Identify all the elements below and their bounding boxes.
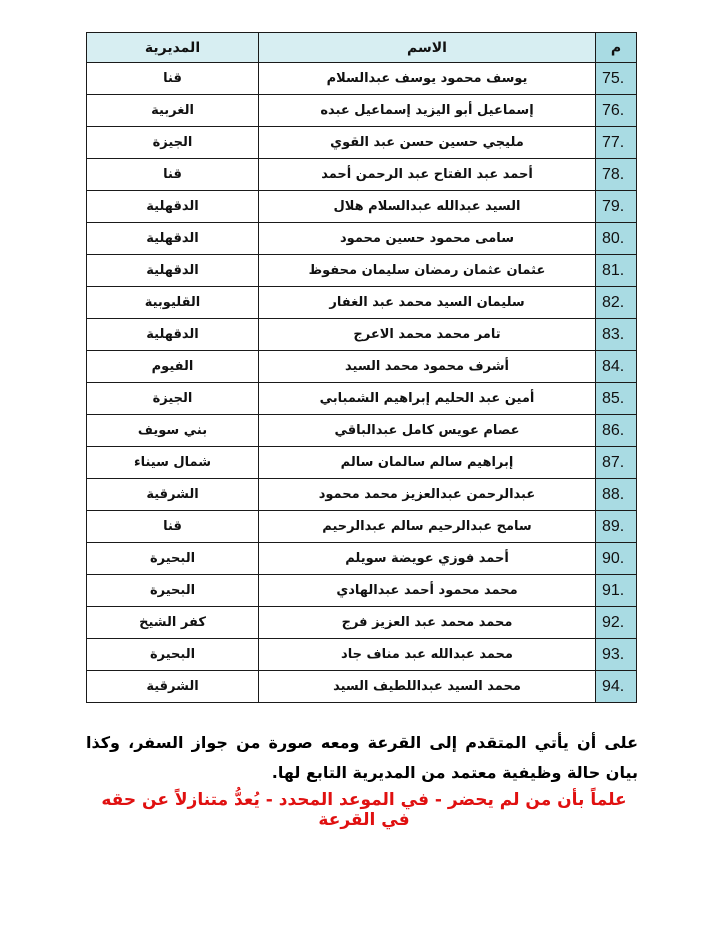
row-directorate: بني سويف (87, 415, 259, 447)
table-row: 78.أحمد عبد الفتاح عبد الرحمن أحمدقنا (87, 159, 637, 191)
row-directorate: الفيوم (87, 351, 259, 383)
row-name: عبدالرحمن عبدالعزيز محمد محمود (259, 479, 596, 511)
row-number: 77. (596, 127, 637, 159)
table-row: 80.سامى محمود حسين محمودالدقهلية (87, 223, 637, 255)
table-row: 77.مليجي حسين حسن عبد القويالجيزة (87, 127, 637, 159)
row-name: أشرف محمود محمد السيد (259, 351, 596, 383)
row-directorate: البحيرة (87, 543, 259, 575)
row-name: أحمد فوزي عويضة سويلم (259, 543, 596, 575)
table-row: 93.محمد عبدالله عبد مناف جادالبحيرة (87, 639, 637, 671)
row-directorate: الجيزة (87, 383, 259, 415)
row-directorate: قنا (87, 511, 259, 543)
row-name: سليمان السيد محمد عبد الغفار (259, 287, 596, 319)
row-name: إبراهيم سالم سالمان سالم (259, 447, 596, 479)
row-directorate: البحيرة (87, 575, 259, 607)
row-number: 91. (596, 575, 637, 607)
row-directorate: الشرقية (87, 671, 259, 703)
table-row: 86.عصام عويس كامل عبدالباقيبني سويف (87, 415, 637, 447)
row-name: محمد محمود أحمد عبدالهادي (259, 575, 596, 607)
table-row: 89.سامح عبدالرحيم سالم عبدالرحيمقنا (87, 511, 637, 543)
row-number: 87. (596, 447, 637, 479)
row-number: 81. (596, 255, 637, 287)
table-row: 76.إسماعيل أبو اليزيد إسماعيل عبدهالغربي… (87, 95, 637, 127)
row-number: 93. (596, 639, 637, 671)
row-name: يوسف محمود يوسف عبدالسلام (259, 63, 596, 95)
table-row: 94.محمد السيد عبداللطيف السيدالشرقية (87, 671, 637, 703)
table-header-row: م الاسم المديرية (87, 33, 637, 63)
row-number: 75. (596, 63, 637, 95)
row-number: 86. (596, 415, 637, 447)
warning-note: علماً بأن من لم يحضر - في الموعد المحدد … (90, 790, 638, 830)
table-row: 90.أحمد فوزي عويضة سويلمالبحيرة (87, 543, 637, 575)
row-name: إسماعيل أبو اليزيد إسماعيل عبده (259, 95, 596, 127)
table-row: 83.تامر محمد محمد الاعرجالدقهلية (87, 319, 637, 351)
row-name: محمد عبدالله عبد مناف جاد (259, 639, 596, 671)
row-directorate: القليوبية (87, 287, 259, 319)
table-row: 84.أشرف محمود محمد السيدالفيوم (87, 351, 637, 383)
row-number: 79. (596, 191, 637, 223)
row-number: 83. (596, 319, 637, 351)
row-number: 82. (596, 287, 637, 319)
candidates-table: م الاسم المديرية 75.يوسف محمود يوسف عبدا… (86, 32, 637, 703)
table-row: 81.عثمان عثمان رمضان سليمان محفوظالدقهلي… (87, 255, 637, 287)
row-name: أحمد عبد الفتاح عبد الرحمن أحمد (259, 159, 596, 191)
row-directorate: قنا (87, 159, 259, 191)
instruction-note: على أن يأتي المتقدم إلى القرعة ومعه صورة… (86, 728, 638, 788)
header-name: الاسم (259, 33, 596, 63)
row-number: 80. (596, 223, 637, 255)
row-directorate: الجيزة (87, 127, 259, 159)
row-name: السيد عبدالله عبدالسلام هلال (259, 191, 596, 223)
table-body: 75.يوسف محمود يوسف عبدالسلامقنا76.إسماعي… (87, 63, 637, 703)
row-name: عثمان عثمان رمضان سليمان محفوظ (259, 255, 596, 287)
table-row: 87.إبراهيم سالم سالمان سالمشمال سيناء (87, 447, 637, 479)
row-directorate: الشرقية (87, 479, 259, 511)
row-name: محمد محمد عبد العزيز فرج (259, 607, 596, 639)
table-row: 75.يوسف محمود يوسف عبدالسلامقنا (87, 63, 637, 95)
row-name: محمد السيد عبداللطيف السيد (259, 671, 596, 703)
row-directorate: الدقهلية (87, 223, 259, 255)
row-directorate: شمال سيناء (87, 447, 259, 479)
row-directorate: الدقهلية (87, 255, 259, 287)
row-directorate: الدقهلية (87, 191, 259, 223)
table-row: 82.سليمان السيد محمد عبد الغفارالقليوبية (87, 287, 637, 319)
row-number: 85. (596, 383, 637, 415)
row-directorate: قنا (87, 63, 259, 95)
header-directorate: المديرية (87, 33, 259, 63)
row-number: 92. (596, 607, 637, 639)
row-name: مليجي حسين حسن عبد القوي (259, 127, 596, 159)
row-number: 84. (596, 351, 637, 383)
row-number: 89. (596, 511, 637, 543)
row-name: سامى محمود حسين محمود (259, 223, 596, 255)
row-directorate: الدقهلية (87, 319, 259, 351)
row-name: سامح عبدالرحيم سالم عبدالرحيم (259, 511, 596, 543)
table-row: 79.السيد عبدالله عبدالسلام هلالالدقهلية (87, 191, 637, 223)
row-directorate: كفر الشيخ (87, 607, 259, 639)
row-name: تامر محمد محمد الاعرج (259, 319, 596, 351)
table-row: 85.أمين عبد الحليم إبراهيم الشمبابيالجيز… (87, 383, 637, 415)
row-name: أمين عبد الحليم إبراهيم الشمبابي (259, 383, 596, 415)
row-directorate: الغربية (87, 95, 259, 127)
header-num: م (596, 33, 637, 63)
table-row: 88.عبدالرحمن عبدالعزيز محمد محمودالشرقية (87, 479, 637, 511)
row-number: 88. (596, 479, 637, 511)
row-number: 78. (596, 159, 637, 191)
table-row: 91.محمد محمود أحمد عبدالهاديالبحيرة (87, 575, 637, 607)
table-row: 92.محمد محمد عبد العزيز فرجكفر الشيخ (87, 607, 637, 639)
row-number: 90. (596, 543, 637, 575)
row-number: 94. (596, 671, 637, 703)
row-name: عصام عويس كامل عبدالباقي (259, 415, 596, 447)
row-directorate: البحيرة (87, 639, 259, 671)
row-number: 76. (596, 95, 637, 127)
